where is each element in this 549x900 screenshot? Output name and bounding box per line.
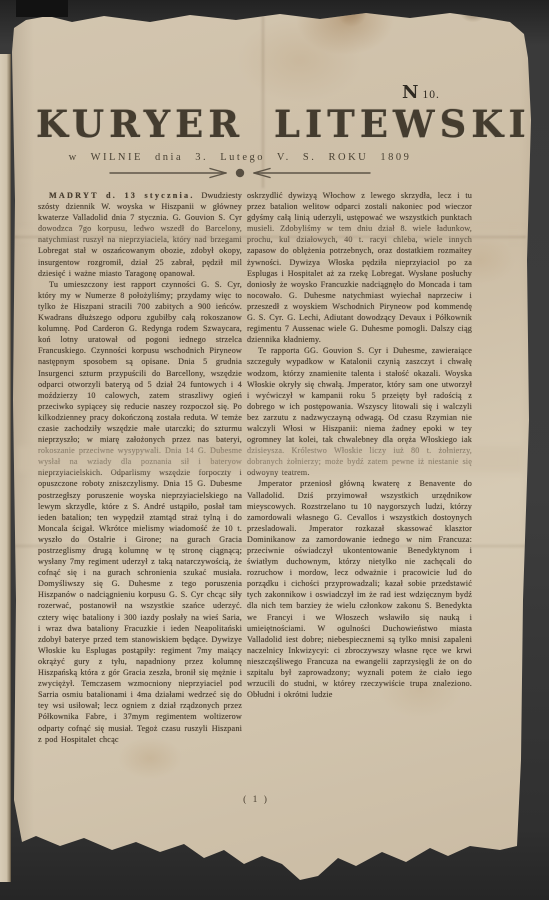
issue-number: N10. (402, 82, 440, 103)
paragraph: Jmperator przeniosł główną kwaterę z Ben… (247, 478, 472, 700)
issue-number-prefix: N (402, 82, 418, 103)
faded-crease-band (18, 228, 524, 241)
paragraph: Tu umieszczony iest rapport czynności G.… (38, 279, 242, 745)
masthead-title: KURYER LITEWSKI (36, 102, 531, 146)
newspaper-paper: N10. KURYER LITEWSKI w WILNIE dnia 3. Lu… (0, 0, 549, 900)
scanned-newspaper-page: N10. KURYER LITEWSKI w WILNIE dnia 3. Lu… (0, 0, 549, 900)
divider-ornament-icon (108, 166, 372, 180)
underlying-page-edge (0, 54, 11, 882)
issue-number-value: 10. (422, 89, 439, 101)
publication-dateline: w WILNIE dnia 3. Lutego V. S. ROKU 1809 (30, 152, 450, 163)
article-column-left: MADRYT d. 13 stycznia. Dwudziesty szósty… (38, 190, 242, 790)
article-dateline: MADRYT d. 13 stycznia. (49, 191, 195, 200)
paragraph: oskrzydlić dywizyą Włochow z lewego skrz… (247, 190, 472, 345)
divider-center-dot (236, 169, 244, 177)
article-column-right: oskrzydlić dywizyą Włochow z lewego skrz… (247, 190, 472, 804)
faded-crease-band (18, 446, 524, 472)
mounting-clamp (16, 0, 68, 17)
page-number: ( 1 ) (234, 795, 278, 805)
